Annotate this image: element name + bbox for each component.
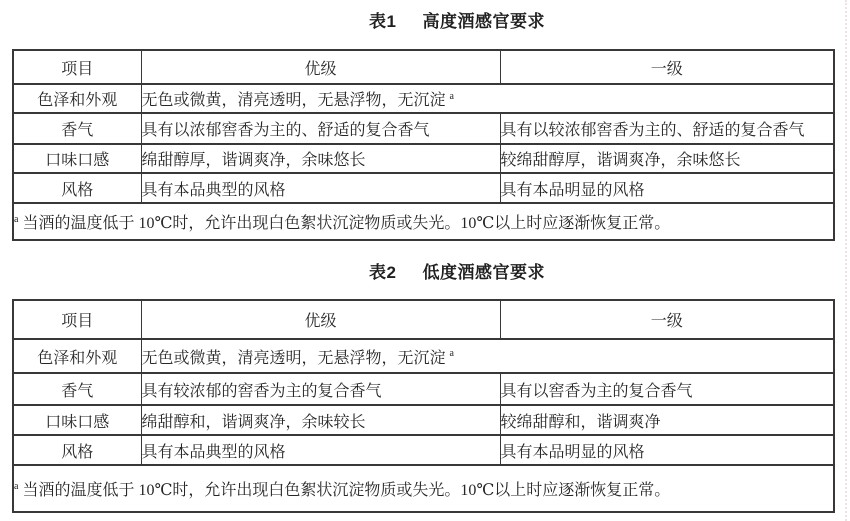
column-header-first-grade: 一级 <box>500 300 834 339</box>
row-label-taste: 口味口感 <box>13 144 141 173</box>
row-label-color-appearance: 色泽和外观 <box>13 339 141 373</box>
cell-color-appearance: 无色或微黄，清亮透明，无悬浮物，无沉淀a <box>141 339 834 373</box>
sensory-table-low-alcohol: 项目 优级 一级 色泽和外观 无色或微黄，清亮透明，无悬浮物，无沉淀a 香气 具… <box>12 299 835 513</box>
table-2-title-text: 低度酒感官要求 <box>422 263 545 282</box>
footnote-row: a当酒的温度低于 10℃时，允许出现白色絮状沉淀物质或失光。10℃以上时应逐渐恢… <box>13 465 834 512</box>
footnote-marker: a <box>14 481 18 492</box>
row-label-aroma: 香气 <box>13 113 141 144</box>
table-2-number: 表2 <box>369 263 396 282</box>
header-row: 项目 优级 一级 <box>13 50 834 84</box>
cell-style-first: 具有本品明显的风格 <box>500 173 834 203</box>
cell-aroma-premium: 具有以浓郁窖香为主的、舒适的复合香气 <box>141 113 500 144</box>
column-header-premium-grade: 优级 <box>141 50 500 84</box>
cell-style-premium: 具有本品典型的风格 <box>141 173 500 203</box>
table-row: 口味口感 绵甜醇和，谐调爽净，余味较长 较绵甜醇和，谐调爽净 <box>13 405 834 435</box>
row-label-taste: 口味口感 <box>13 405 141 435</box>
table-row: 香气 具有较浓郁的窖香为主的复合香气 具有以窖香为主的复合香气 <box>13 373 834 405</box>
cell-aroma-first: 具有以较浓郁窖香为主的、舒适的复合香气 <box>500 113 834 144</box>
table-row: 风格 具有本品典型的风格 具有本品明显的风格 <box>13 173 834 203</box>
footnote-text: 当酒的温度低于 10℃时，允许出现白色絮状沉淀物质或失光。10℃以上时应逐渐恢复… <box>22 482 670 499</box>
column-header-item: 项目 <box>13 300 141 339</box>
footnote-reference-mark: a <box>450 91 454 102</box>
table-footnote: a当酒的温度低于 10℃时，允许出现白色絮状沉淀物质或失光。10℃以上时应逐渐恢… <box>13 203 834 240</box>
table-row: 色泽和外观 无色或微黄，清亮透明，无悬浮物，无沉淀a <box>13 339 834 373</box>
cell-taste-first: 较绵甜醇和，谐调爽净 <box>500 405 834 435</box>
table-1-title: 表1高度酒感官要求 <box>0 11 850 32</box>
cell-color-appearance-text: 无色或微黄，清亮透明，无悬浮物，无沉淀 <box>142 92 446 109</box>
cell-taste-first: 较绵甜醇厚，谐调爽净，余味悠长 <box>500 144 834 173</box>
row-label-style: 风格 <box>13 173 141 203</box>
document-page: 表1高度酒感官要求 项目 优级 一级 色泽和外观 无色或微黄，清亮透明，无悬浮物… <box>0 0 850 521</box>
cell-color-appearance: 无色或微黄，清亮透明，无悬浮物，无沉淀a <box>141 84 834 113</box>
table-row: 香气 具有以浓郁窖香为主的、舒适的复合香气 具有以较浓郁窖香为主的、舒适的复合香… <box>13 113 834 144</box>
column-header-premium-grade: 优级 <box>141 300 500 339</box>
scan-edge-artifact <box>845 0 847 521</box>
table-1-title-text: 高度酒感官要求 <box>422 12 545 31</box>
header-row: 项目 优级 一级 <box>13 300 834 339</box>
cell-taste-premium: 绵甜醇和，谐调爽净，余味较长 <box>141 405 500 435</box>
row-label-style: 风格 <box>13 435 141 465</box>
table-2-title: 表2低度酒感官要求 <box>0 262 850 283</box>
cell-color-appearance-text: 无色或微黄，清亮透明，无悬浮物，无沉淀 <box>142 350 446 367</box>
footnote-reference-mark: a <box>450 348 454 359</box>
cell-style-premium: 具有本品典型的风格 <box>141 435 500 465</box>
column-header-first-grade: 一级 <box>500 50 834 84</box>
row-label-aroma: 香气 <box>13 373 141 405</box>
table-1-number: 表1 <box>369 12 396 31</box>
table-row: 口味口感 绵甜醇厚，谐调爽净，余味悠长 较绵甜醇厚，谐调爽净，余味悠长 <box>13 144 834 173</box>
footnote-text: 当酒的温度低于 10℃时，允许出现白色絮状沉淀物质或失光。10℃以上时应逐渐恢复… <box>22 215 670 232</box>
cell-taste-premium: 绵甜醇厚，谐调爽净，余味悠长 <box>141 144 500 173</box>
footnote-marker: a <box>14 214 18 225</box>
cell-style-first: 具有本品明显的风格 <box>500 435 834 465</box>
column-header-item: 项目 <box>13 50 141 84</box>
cell-aroma-premium: 具有较浓郁的窖香为主的复合香气 <box>141 373 500 405</box>
cell-aroma-first: 具有以窖香为主的复合香气 <box>500 373 834 405</box>
table-row: 风格 具有本品典型的风格 具有本品明显的风格 <box>13 435 834 465</box>
table-footnote: a当酒的温度低于 10℃时，允许出现白色絮状沉淀物质或失光。10℃以上时应逐渐恢… <box>13 465 834 512</box>
footnote-row: a当酒的温度低于 10℃时，允许出现白色絮状沉淀物质或失光。10℃以上时应逐渐恢… <box>13 203 834 240</box>
table-row: 色泽和外观 无色或微黄，清亮透明，无悬浮物，无沉淀a <box>13 84 834 113</box>
row-label-color-appearance: 色泽和外观 <box>13 84 141 113</box>
sensory-table-high-alcohol: 项目 优级 一级 色泽和外观 无色或微黄，清亮透明，无悬浮物，无沉淀a 香气 具… <box>12 49 835 241</box>
